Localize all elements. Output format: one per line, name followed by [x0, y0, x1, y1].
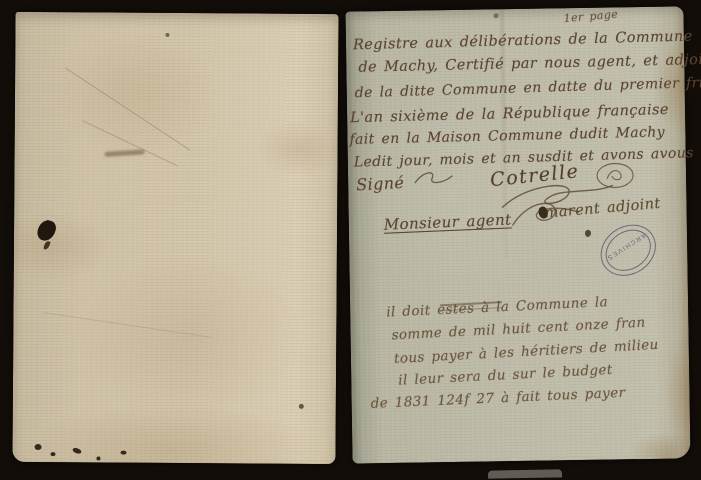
manuscript-line: L'an sixième de la République française — [350, 102, 669, 126]
manuscript-line: Signé — [356, 173, 405, 194]
stain-speck — [72, 447, 82, 455]
stain-speck — [96, 456, 100, 460]
greeting-line: Monsieur agent — [383, 210, 511, 233]
stain-speck — [165, 33, 169, 37]
page-edge-sliver — [488, 469, 562, 478]
page-number-note: 1er page — [563, 8, 619, 26]
stain-speck — [50, 452, 55, 456]
ink-smudge — [494, 13, 499, 18]
ink-smudge — [585, 230, 591, 237]
stain-speck — [299, 404, 304, 409]
crease-line — [43, 312, 211, 338]
manuscript-line: de Machy, Certifié par nous agent, et ad… — [358, 52, 701, 76]
account-note-line: de 1831 124f 27 à fait tous payer — [370, 385, 625, 412]
dirt-streak — [104, 149, 144, 157]
stain-speck — [35, 444, 42, 450]
archives-stamp-icon: ARCHIVES — [591, 214, 666, 286]
ink-blot — [35, 218, 58, 243]
left-page — [12, 12, 338, 464]
manuscript-line: Registre aux délibérations de la Commune — [353, 28, 693, 53]
manuscript-line: fait en la Maison Commune dudit Machy — [349, 124, 665, 148]
right-page: 1er page Registre aux délibérations de l… — [345, 6, 690, 463]
crease-line — [82, 120, 177, 166]
paper-texture — [12, 12, 338, 464]
manuscript-line: de la ditte Commune en datte du premier … — [355, 74, 701, 102]
manuscript-scan: 1er page Registre aux délibérations de l… — [0, 0, 701, 480]
crease-line — [65, 67, 191, 150]
account-note-line: il leur sera du sur le budget — [398, 362, 613, 389]
stain-speck — [120, 451, 126, 455]
pen-scribble — [412, 168, 456, 189]
